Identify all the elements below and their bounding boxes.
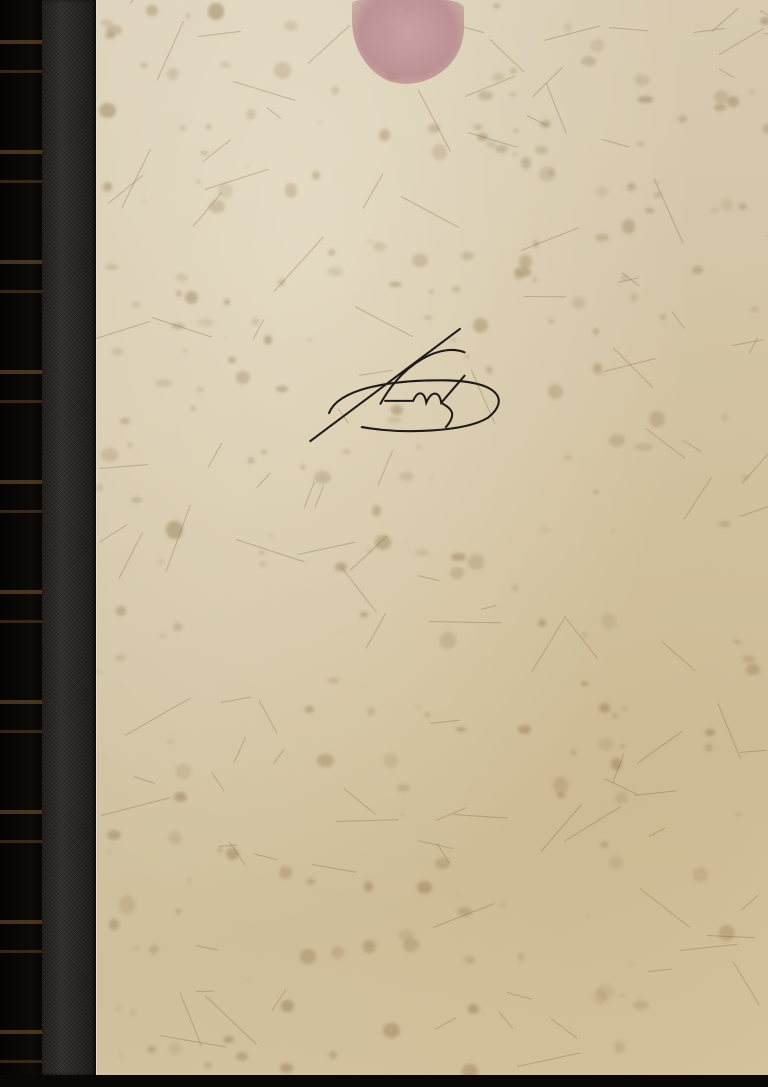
speck: [721, 413, 729, 422]
pink-stain: [352, 0, 464, 84]
speck: [601, 374, 606, 376]
scratch: [298, 542, 355, 555]
speck: [746, 664, 760, 675]
speck: [711, 208, 718, 213]
speck: [735, 813, 742, 816]
speck: [186, 878, 191, 883]
speck: [513, 129, 519, 133]
speck: [742, 655, 755, 664]
speck: [175, 764, 191, 779]
scratch: [362, 174, 383, 209]
scratch: [489, 39, 523, 72]
speck: [166, 739, 174, 743]
speck: [415, 550, 429, 556]
scratch: [101, 797, 171, 816]
speck: [156, 379, 172, 387]
speck: [201, 151, 208, 156]
scratch: [480, 605, 496, 610]
speck: [535, 146, 549, 154]
speck: [305, 706, 314, 713]
scratch: [344, 788, 376, 815]
speck: [128, 443, 132, 447]
speck: [209, 200, 225, 213]
scratch: [212, 772, 225, 791]
speck: [599, 703, 611, 713]
speck: [317, 121, 322, 124]
speck: [185, 291, 198, 305]
scratch: [340, 566, 376, 613]
scratch: [401, 196, 460, 228]
speck: [120, 1054, 124, 1057]
speck: [360, 612, 368, 617]
speck: [146, 5, 158, 16]
speck: [457, 893, 460, 897]
scratch: [672, 311, 686, 329]
speck: [328, 249, 335, 256]
scratch: [454, 814, 508, 819]
speck: [705, 743, 713, 752]
speck: [564, 23, 572, 32]
speck: [424, 316, 431, 319]
scratch: [516, 1052, 579, 1067]
speck: [280, 1063, 293, 1073]
speck: [368, 240, 372, 243]
speck: [620, 994, 624, 997]
scratch: [258, 700, 277, 734]
speck: [179, 126, 186, 130]
speck: [493, 4, 500, 8]
book-spine: [42, 0, 96, 1075]
scratch: [683, 477, 711, 520]
speck: [196, 387, 204, 392]
speck: [142, 200, 146, 203]
speck: [586, 915, 591, 917]
speck: [176, 290, 182, 297]
speck: [399, 472, 414, 481]
scratch: [205, 168, 269, 189]
scratch: [253, 853, 277, 860]
speck: [495, 145, 509, 153]
speck: [106, 851, 111, 853]
speck: [259, 551, 264, 554]
speck: [501, 903, 505, 908]
scratch: [694, 28, 725, 33]
speck: [532, 278, 538, 281]
scratch: [179, 992, 201, 1046]
scratch: [719, 68, 734, 78]
speck: [719, 925, 736, 942]
speck: [581, 681, 587, 686]
speck: [373, 242, 386, 251]
bottom-edge: [0, 1075, 768, 1087]
scratch: [349, 535, 387, 570]
speck: [596, 186, 608, 198]
speck: [417, 881, 432, 894]
scratch: [198, 31, 241, 37]
speck: [660, 314, 666, 319]
speck: [452, 286, 460, 292]
speck: [105, 264, 118, 270]
speck: [236, 371, 250, 384]
speck: [571, 750, 576, 755]
scratch: [636, 731, 681, 764]
speck: [259, 561, 266, 567]
speck: [572, 297, 586, 309]
speck: [96, 484, 103, 491]
speck: [160, 634, 165, 637]
speck: [649, 411, 664, 427]
scratch: [236, 539, 304, 562]
speck: [218, 847, 223, 853]
speck: [401, 814, 405, 816]
scratch: [740, 495, 768, 517]
speck: [176, 273, 188, 282]
speck: [760, 17, 768, 25]
speck: [112, 348, 123, 355]
speck: [518, 725, 531, 734]
speck: [197, 318, 213, 327]
speck: [611, 530, 615, 532]
speck: [329, 1051, 337, 1059]
scratch: [100, 464, 148, 469]
speck: [105, 32, 114, 39]
speck: [183, 350, 186, 353]
speck: [738, 203, 747, 210]
scratch: [124, 698, 189, 736]
speck: [638, 96, 653, 102]
speck: [284, 21, 299, 31]
speck: [248, 457, 254, 464]
speck: [363, 940, 376, 953]
speck: [762, 123, 768, 134]
speck: [157, 559, 165, 564]
speck: [196, 180, 201, 183]
speck: [176, 909, 181, 914]
speck: [109, 919, 118, 930]
scratch: [130, 0, 146, 4]
speck: [279, 866, 292, 879]
speck: [317, 754, 333, 768]
speck: [412, 254, 427, 268]
scratch: [733, 961, 760, 1006]
speck: [220, 62, 231, 68]
speck: [512, 585, 519, 591]
speck: [328, 678, 339, 683]
speck: [627, 183, 635, 192]
speck: [598, 738, 613, 751]
speck: [597, 984, 614, 1000]
speck: [510, 68, 517, 75]
speck: [734, 640, 741, 644]
scratch: [119, 532, 143, 579]
speck: [372, 505, 382, 516]
speck: [169, 1042, 181, 1055]
scratch: [99, 524, 127, 543]
speck: [590, 39, 604, 52]
speck: [425, 713, 430, 717]
speck: [131, 301, 141, 309]
scratch: [564, 806, 622, 842]
speck: [116, 606, 126, 616]
speck: [678, 115, 687, 123]
speck: [749, 89, 754, 94]
speck: [614, 1041, 625, 1053]
speck: [749, 307, 759, 312]
speck: [430, 476, 433, 479]
scratch: [506, 992, 531, 1000]
scratch: [257, 472, 272, 488]
speck: [147, 1046, 156, 1054]
scratch: [418, 840, 453, 849]
speck: [397, 784, 410, 792]
scratch: [634, 791, 677, 797]
speck: [714, 90, 728, 104]
signature: [301, 320, 516, 450]
scratch: [609, 27, 648, 31]
speck: [595, 234, 608, 241]
scratch: [648, 968, 672, 971]
scratch: [740, 895, 758, 911]
speck: [727, 96, 739, 107]
speck: [432, 144, 447, 160]
speck: [486, 141, 496, 148]
speck: [119, 895, 135, 914]
scratch: [266, 107, 281, 119]
scratch: [134, 776, 155, 784]
scratch: [565, 618, 597, 659]
speck: [224, 337, 229, 339]
speck: [301, 465, 305, 469]
speck: [364, 881, 373, 892]
speck: [379, 129, 389, 141]
speck: [645, 208, 655, 212]
speck: [429, 290, 434, 293]
scratch: [544, 26, 601, 42]
speck: [383, 1023, 400, 1038]
speck: [274, 62, 291, 79]
speck: [261, 450, 267, 454]
speck: [300, 949, 316, 964]
speck: [276, 386, 288, 392]
speck: [186, 14, 190, 18]
speck: [549, 318, 554, 324]
speck: [327, 267, 342, 276]
speck: [451, 553, 466, 561]
scratch: [524, 296, 566, 297]
scratch: [272, 749, 284, 765]
scratch: [680, 944, 738, 951]
speck: [285, 183, 297, 198]
speck: [281, 1000, 294, 1012]
speck: [705, 729, 715, 737]
scratch: [719, 27, 765, 54]
speck: [130, 1010, 135, 1016]
scratch: [649, 828, 665, 837]
scratch: [336, 819, 398, 822]
speck: [693, 867, 708, 882]
speck: [629, 963, 634, 966]
scratch: [460, 26, 484, 33]
speck: [174, 792, 187, 802]
speck: [331, 946, 344, 959]
speck: [581, 56, 596, 67]
scratch: [434, 1017, 456, 1030]
speck: [721, 199, 733, 212]
speck: [312, 171, 320, 180]
speck: [314, 471, 330, 484]
speck: [593, 328, 599, 335]
speck: [612, 713, 618, 718]
speck: [622, 219, 635, 234]
speck: [594, 490, 598, 493]
speck: [521, 157, 531, 168]
speck: [398, 929, 414, 941]
speck: [509, 92, 517, 97]
speck: [630, 293, 638, 302]
speck: [461, 252, 473, 259]
speck: [553, 777, 568, 794]
scratch: [732, 339, 763, 346]
speck: [264, 335, 272, 345]
speck: [169, 831, 182, 845]
scratch: [639, 888, 689, 928]
speck: [101, 448, 118, 462]
scratch: [232, 81, 294, 101]
speck: [512, 153, 519, 156]
speck: [173, 623, 182, 631]
speck: [538, 619, 546, 627]
speck: [223, 1036, 235, 1043]
speck: [714, 104, 726, 111]
speck: [518, 953, 524, 960]
scratch: [378, 450, 394, 486]
scratch: [196, 990, 214, 991]
speck: [634, 74, 650, 86]
speck: [450, 567, 463, 579]
scratch: [429, 621, 502, 623]
scratch: [430, 720, 460, 724]
scratch: [303, 481, 314, 508]
speck: [228, 357, 236, 363]
scratch: [531, 616, 566, 672]
page-edges: [0, 0, 46, 1087]
scratch: [311, 864, 355, 873]
speck: [582, 632, 587, 638]
scratch: [601, 139, 629, 148]
speck: [615, 792, 628, 804]
scratch: [196, 945, 218, 950]
scratch: [219, 844, 237, 847]
speck: [97, 671, 102, 673]
speck: [564, 455, 572, 461]
speck: [135, 946, 139, 951]
scratch: [314, 486, 323, 507]
speck: [456, 727, 466, 732]
speck: [149, 945, 159, 954]
scratch: [541, 805, 582, 852]
scratch: [96, 321, 151, 339]
speck: [131, 497, 142, 503]
speck: [468, 554, 484, 570]
speck: [306, 878, 315, 885]
speck: [473, 124, 483, 130]
speck: [224, 299, 229, 305]
speck: [251, 318, 259, 326]
scratch: [417, 89, 450, 151]
speck: [621, 707, 628, 710]
speck: [218, 183, 233, 198]
scratch: [740, 750, 767, 753]
speck: [389, 282, 402, 287]
speck: [462, 1064, 478, 1075]
speck: [115, 655, 126, 661]
speck: [116, 1007, 119, 1009]
scratch: [718, 703, 742, 759]
speck: [102, 182, 112, 192]
speck: [367, 707, 375, 716]
scratch: [654, 178, 684, 243]
speck: [620, 745, 626, 748]
speck: [609, 434, 625, 447]
scratch: [207, 442, 222, 467]
speck: [384, 753, 398, 767]
scratch: [521, 227, 579, 251]
speck: [440, 632, 456, 648]
speck: [245, 165, 249, 168]
scratch: [551, 1018, 578, 1039]
speck: [539, 166, 556, 182]
scratch: [307, 25, 350, 64]
speck: [519, 255, 532, 268]
scratch: [646, 429, 686, 460]
scratch: [221, 697, 250, 703]
speck: [540, 528, 551, 533]
speck: [208, 3, 223, 19]
scratch: [764, 33, 768, 39]
speck: [637, 142, 643, 146]
speck: [206, 125, 211, 129]
speck: [120, 418, 130, 424]
speck: [593, 363, 602, 374]
speck: [204, 1062, 212, 1068]
speck: [167, 68, 178, 80]
speck: [140, 63, 147, 68]
speck: [416, 705, 421, 709]
speck: [514, 274, 523, 281]
speck: [609, 856, 623, 870]
scratch: [234, 737, 247, 763]
scratch: [683, 440, 702, 453]
speck: [246, 980, 249, 981]
speck: [478, 91, 494, 99]
book-cover: [96, 0, 768, 1075]
speck: [191, 406, 195, 411]
speck: [601, 613, 616, 630]
speck: [99, 103, 116, 118]
speck: [633, 1000, 650, 1010]
speck: [718, 521, 731, 527]
speck: [600, 841, 608, 848]
scratch: [365, 613, 385, 648]
speck: [548, 384, 563, 399]
speck: [269, 534, 273, 537]
speck: [465, 956, 476, 964]
speck: [635, 443, 651, 451]
speck: [107, 830, 121, 840]
scratch: [661, 641, 695, 671]
speck: [331, 86, 339, 95]
speck: [468, 1004, 479, 1014]
